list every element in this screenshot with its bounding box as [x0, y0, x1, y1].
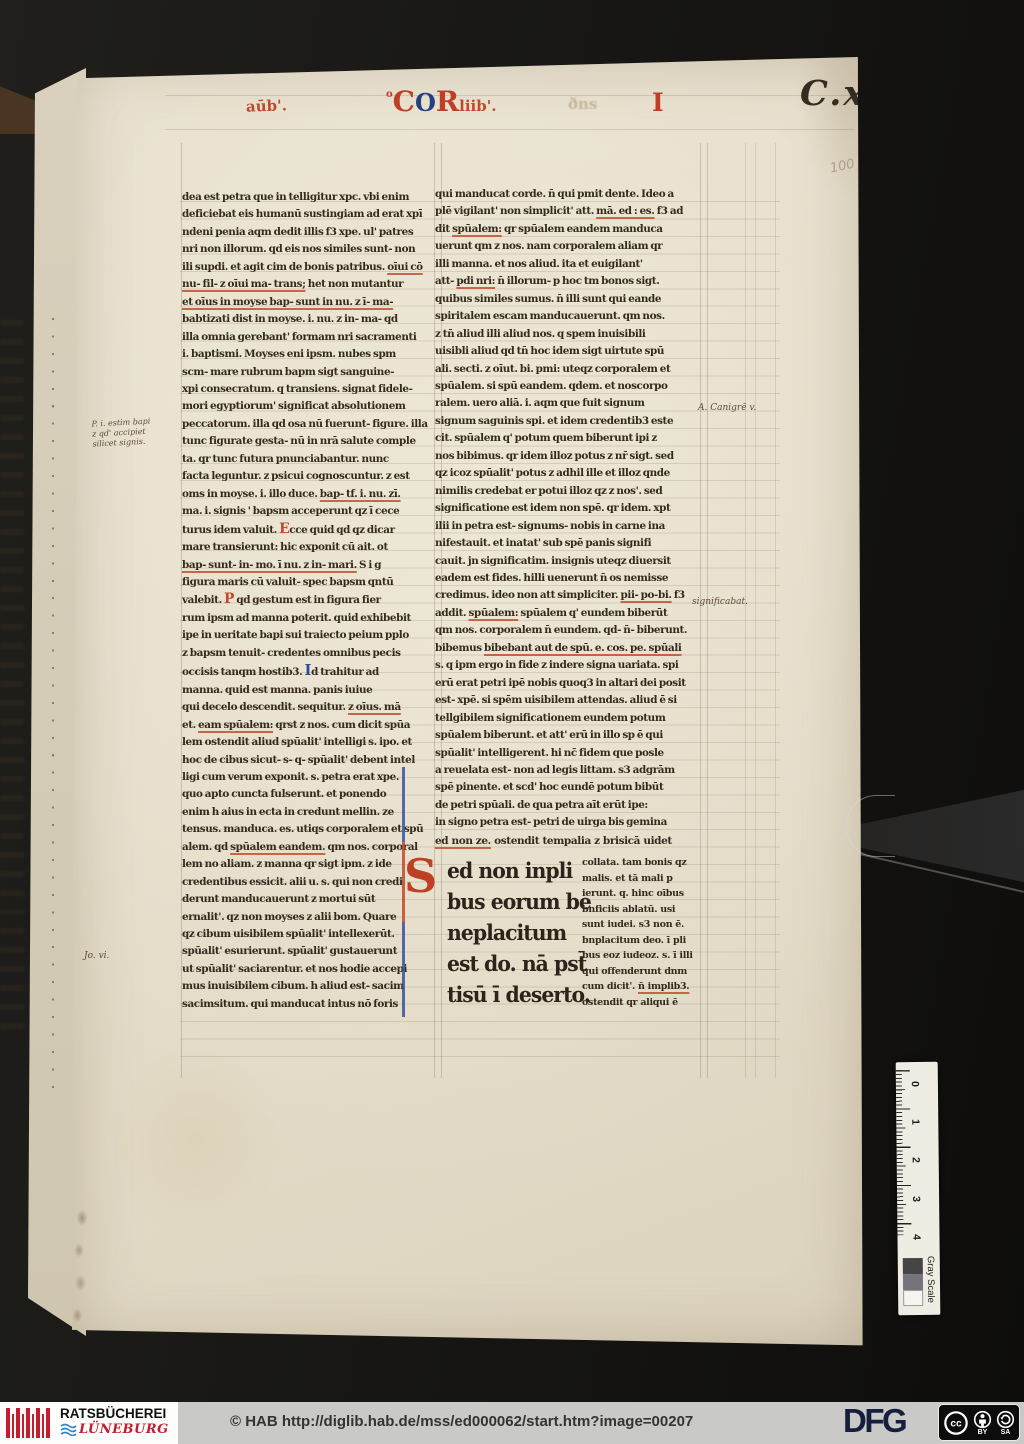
- text-segment: quo apto cuncta fulserunt. et ponendo: [182, 788, 386, 800]
- text-segment: illi manna. et nos aliud. ita et euigila…: [435, 258, 643, 270]
- text-line: ed non ze. ostendit tempalia z brisicā u…: [435, 835, 705, 847]
- text-line: qui offenderunt dnm: [582, 964, 742, 980]
- text-line: spūalit' esurierunt. spūalit' gustauerun…: [182, 943, 433, 960]
- vertical-ruling-line: [745, 143, 746, 1078]
- text-line: ili supdi. et agit cim de bonis patribus…: [182, 259, 433, 276]
- text-line: att- pdi nri: n̄ illorum- p hoc tm bonos…: [435, 273, 702, 290]
- lemma-side-commentary: collata. tam bonis qzmalis. et tā mali p…: [582, 855, 742, 1010]
- text-segment: mori egyptiorum' significat absolutionem: [182, 400, 406, 412]
- running-title-center: oCORliib'.: [386, 85, 497, 118]
- text-segment: facta leguntur. z psicui cognoscuntur. z…: [182, 470, 410, 482]
- text-line: collata. tam bonis qz: [582, 855, 742, 871]
- text-line: cauit. jn significatim. insignis uteqz d…: [435, 553, 702, 570]
- text-line: signum saguinis spi. et idem credentib3 …: [435, 413, 702, 430]
- lemma-display-text: ed non inplibus eorum beneplacitumest do…: [447, 855, 579, 1010]
- text-line: bibemus bibebant aut de spū. e. cos. pe.…: [435, 640, 702, 657]
- text-line: nri non illorum. qd eis nos similes sunt…: [182, 241, 433, 258]
- text-line: nifestauit. et inatat' sub spē panis sig…: [435, 535, 702, 552]
- text-line: nos bibimus. qr idem illoz potus z nr̄ s…: [435, 448, 702, 465]
- text-segment: spiritalem escam manducauerunt. qm nos.: [435, 310, 665, 322]
- text-line: illa omnia gerebant' formam nri sacramen…: [182, 329, 433, 346]
- text-line: credimus. ideo non att simpliciter. pii-…: [435, 587, 702, 604]
- text-line: occisis tanqm hostib3. Id trahitur ad: [182, 662, 433, 681]
- text-segment: a reuelata est- non ad legis littam. s3 …: [435, 764, 675, 776]
- text-segment: ut spūalit' saciarentur. et nos hodie ac…: [182, 963, 407, 975]
- text-segment: manna. quid est manna. panis iuiue: [182, 684, 372, 696]
- text-line: tellgibilem significationem eundem potum: [435, 710, 702, 727]
- title-premark: o: [386, 89, 393, 100]
- text-segment: neplacitum: [447, 920, 566, 945]
- decorated-initial-s: S: [404, 853, 437, 899]
- text-line: ed non inpli: [447, 855, 575, 886]
- text-segment: het non mutantur: [306, 278, 404, 290]
- text-line: babtizati dist in moyse. i. nu. z in- ma…: [182, 311, 433, 328]
- text-line: nimilis credebat er potui illoz qz z nos…: [435, 483, 702, 500]
- text-segment: ostendit qr aliqui ē: [582, 997, 678, 1008]
- text-segment: 4: [910, 1234, 922, 1240]
- text-segment: qrst z nos. cum dicit spūa: [273, 719, 410, 731]
- text-line: ierunt. q. hinc oībus: [582, 886, 742, 902]
- text-line: cit. spūalem q' potum quem biberunt ipi …: [435, 430, 702, 447]
- text-segment: signum saguinis spi. et idem credentib3 …: [435, 415, 673, 427]
- text-segment: significatione est idem non spē. qr idem…: [435, 502, 670, 514]
- text-line: peccatorum. illa qd osa nū fuerunt- figu…: [182, 416, 433, 433]
- text-line: neplacitum: [447, 917, 575, 948]
- chapter-mark: C.x.: [800, 73, 880, 114]
- text-segment: babtizati dist in moyse. i. nu. z in- ma…: [182, 313, 398, 325]
- text-segment: 2: [910, 1157, 922, 1163]
- text-segment: qui offenderunt dnm: [582, 966, 687, 977]
- text-line: R: [436, 96, 459, 115]
- text-segment: S i g: [357, 559, 381, 571]
- text-segment: ilii in petra est- signums- nobis in car…: [435, 520, 665, 532]
- text-line: bus eoz iudeoz. s. ī illi: [582, 948, 742, 964]
- text-line: est do. nā pst̄: [447, 948, 575, 979]
- text-segment: lem no aliam. z manna qr sigt ipm. z ide: [182, 858, 392, 870]
- dfg-logo: DFG: [843, 1402, 905, 1440]
- text-segment: qui decelo descendit. sequitur.: [182, 701, 348, 713]
- text-segment: malis. et tā mali p: [582, 873, 673, 884]
- text-segment: i. baptismi. Moyses eni ipsm. nubes spm: [182, 348, 396, 360]
- text-segment: peccatorum. illa qd osa nū fuerunt- figu…: [182, 418, 428, 430]
- text-line: et. eam spūalem: qrst z nos. cum dicit s…: [182, 717, 433, 734]
- text-line: bap- sunt- in- mo. ī nu. z in- mari. S i…: [182, 557, 433, 574]
- text-line: tensus. manduca. es. utiqs corporalem et…: [182, 821, 433, 838]
- text-segment: P: [224, 591, 234, 607]
- text-segment: 0: [909, 1081, 921, 1087]
- library-name: RATSBÜCHEREI: [60, 1406, 166, 1421]
- text-segment: spūalit' esurierunt. spūalit' gustauerun…: [182, 945, 397, 957]
- vertical-ruling-line: [755, 143, 756, 1078]
- text-segment: tisū ī deserto.: [447, 982, 590, 1007]
- cc-by-label: BY: [978, 1429, 988, 1436]
- text-segment: ipe in ueritate bapi sui traiecto peium …: [182, 629, 409, 641]
- text-segment: qd gestum est in figura fier: [234, 594, 381, 606]
- text-segment: mus inuisibilem cibum. h aliud est- saci…: [182, 980, 404, 992]
- text-segment: ed non ze.: [435, 835, 491, 847]
- text-line: erū erat petri ipē nobis quoq3 in altari…: [435, 675, 702, 692]
- text-segment: n̄ implib3.: [638, 981, 689, 992]
- text-segment: C: [393, 85, 415, 118]
- text-segment: collata. tam bonis qz: [582, 857, 686, 868]
- text-segment: spūalem:: [452, 223, 502, 235]
- text-segment: scm- mare rubrum bapm sigt sanguine-: [182, 366, 394, 378]
- text-segment: bap- tf. i. nu. zī.: [320, 488, 401, 500]
- text-line: figura maris cū valuit- spec bapsm qntū: [182, 574, 433, 591]
- text-segment: ili supdi. et agit cim de bonis patribus…: [182, 261, 387, 273]
- text-line: eadem est fides. hilli uenerunt n̄ os ne…: [435, 570, 702, 587]
- text-segment: credimus. ideo non att simpliciter.: [435, 589, 621, 601]
- title-letters: COR: [393, 96, 459, 115]
- text-segment: z oīus. mā: [348, 701, 401, 713]
- text-line: alem. qd spūalem eandem. qm nos. corpora…: [182, 839, 433, 856]
- text-segment: est- xpē. si spēm uisibilem attendas. al…: [435, 694, 677, 706]
- text-segment: bus eorum be: [447, 889, 591, 914]
- text-line: i. baptismi. Moyses eni ipsm. nubes spm: [182, 346, 433, 363]
- text-segment: mā. ed : es.: [596, 205, 654, 217]
- text-line: uisibli aliud qd tn̄ hoc idem sigt uirtu…: [435, 343, 702, 360]
- text-segment: spūalem biberunt. et att' erū in illo sp…: [435, 729, 663, 741]
- text-segment: enim h aius in ecta in credunt mellin. z…: [182, 806, 394, 818]
- text-line: credentibus essicit. alii u. s. qui non …: [182, 874, 433, 891]
- text-segment: att-: [435, 275, 456, 287]
- library-city: LÜNEBURG: [79, 1422, 169, 1437]
- text-line: mori egyptiorum' significat absolutionem: [182, 398, 433, 415]
- text-segment: de petri spūali. de qua petra aīt erūt i…: [435, 799, 648, 811]
- text-segment: dit: [435, 223, 452, 235]
- text-segment: spūalit' intelligerent. hi nc̄ fidem que…: [435, 747, 664, 759]
- text-line: turus idem valuit. Ecce quid qd qz dicar: [182, 521, 433, 539]
- text-segment: nifestauit. et inatat' sub spē panis sig…: [435, 537, 651, 549]
- margin-reference-john: Jo. vi.: [84, 951, 109, 961]
- text-segment: lem ostendit aliud spūalit' intelligi s.…: [182, 736, 412, 748]
- text-line: facta leguntur. z psicui cognoscuntur. z…: [182, 468, 433, 485]
- text-line: ndeni penia aqm dedit illis f3 xpe. ul' …: [182, 224, 433, 241]
- text-line: qz icoz spūalit' potus z adhil ille et i…: [435, 465, 702, 482]
- text-segment: ma. i. signis ' bapsm acceperunt qz ī ce…: [182, 505, 399, 517]
- gray-patch-dark: [903, 1258, 923, 1274]
- text-segment: deficiebat eis humanū sustingiam ad erat…: [182, 208, 422, 220]
- text-segment: ta. qr tunc futura pnunciabantur. nunc: [182, 453, 389, 465]
- text-segment: plē vigilant' non simplicit' att.: [435, 205, 596, 217]
- text-line: a reuelata est- non ad legis littam. s3 …: [435, 762, 702, 779]
- text-line: enim h aius in ecta in credunt mellin. z…: [182, 804, 433, 821]
- text-line: spūalem. si spū eandem. qdem. et noscorp…: [435, 378, 702, 395]
- text-segment: oms in moyse. i. illo duce.: [182, 488, 320, 500]
- text-segment: f3: [672, 589, 685, 601]
- text-segment: bus eoz iudeoz. s. ī illi: [582, 950, 693, 961]
- text-line: s. q ipm ergo in fide z indere signa uar…: [435, 657, 702, 674]
- cc-icon: cc: [943, 1410, 969, 1436]
- text-line: est- xpē. si spēm uisibilem attendas. al…: [435, 692, 702, 709]
- text-segment: addit.: [435, 607, 469, 619]
- text-line: addit. spūalem: spūalem q' eundem biberū…: [435, 605, 702, 622]
- text-segment: dea est petra que in telligitur xpc. vbi…: [182, 191, 409, 203]
- text-segment: spūalem q' eundem biberūt: [518, 607, 667, 619]
- text-line: quo apto cuncta fulserunt. et ponendo: [182, 786, 433, 803]
- text-segment: occisis tanqm hostib3.: [182, 666, 305, 678]
- text-line: ipe in ueritate bapi sui traiecto peium …: [182, 627, 433, 644]
- text-line: malis. et tā mali p: [582, 871, 742, 887]
- text-segment: qui manducat corde. n̄ qui pmit dente. I…: [435, 188, 674, 200]
- text-line: 4: [910, 1234, 922, 1240]
- digitization-footer: RATSBÜCHEREI LÜNEBURG © HAB http://digli…: [0, 1402, 1024, 1444]
- text-line: rum ipsm ad manna poterit. quid exhibebi…: [182, 610, 433, 627]
- ruler-title: Gray Scale: [925, 1256, 937, 1318]
- margin-note-right-top: A. Canigrē v.: [698, 403, 756, 413]
- text-line: 2: [910, 1157, 922, 1163]
- text-line: oms in moyse. i. illo duce. bap- tf. i. …: [182, 486, 433, 503]
- text-line: ut spūalit' saciarentur. et nos hodie ac…: [182, 961, 433, 978]
- text-line: illi manna. et nos aliud. ita et euigila…: [435, 256, 702, 273]
- text-line: lem no aliam. z manna qr sigt ipm. z ide: [182, 856, 433, 873]
- text-segment: s. q ipm ergo in fide z indere signa uar…: [435, 659, 678, 671]
- cc-license-badge: cc BY SA: [938, 1404, 1020, 1441]
- library-bars-icon: [5, 1406, 55, 1440]
- text-segment: et.: [182, 719, 198, 731]
- text-segment: ndeni penia aqm dedit illis f3 xpe. ul' …: [182, 226, 413, 238]
- text-segment: oīui cō: [387, 261, 423, 273]
- text-segment: qz icoz spūalit' potus z adhil ille et i…: [435, 467, 670, 479]
- text-line: bnficiis ablatū. usi: [582, 902, 742, 918]
- text-segment: turus idem valuit.: [182, 524, 279, 536]
- text-segment: ligi cum verum exponit. s. petra erat xp…: [182, 771, 399, 783]
- text-segment: rum ipsm ad manna poterit. quid exhibebi…: [182, 612, 411, 624]
- text-segment: tensus. manduca. es. utiqs corporalem et…: [182, 823, 423, 835]
- text-line: quibus similes sumus. n̄ illi sunt qui e…: [435, 291, 702, 308]
- text-segment: illa omnia gerebant' formam nri sacramen…: [182, 331, 416, 343]
- text-segment: qr spūalem eandem manduca: [502, 223, 663, 235]
- text-line: hoc de cibus sicut- s- q- spūalit' deben…: [182, 752, 433, 769]
- text-line: dit spūalem: qr spūalem eandem manduca: [435, 221, 702, 238]
- text-segment: derunt manducauerunt z mortui sūt: [182, 893, 375, 905]
- header-ruling-line: [165, 95, 855, 96]
- page-holder-clip-hook: [846, 795, 895, 857]
- running-title-left: aūb'.: [246, 96, 288, 115]
- text-line: 1: [909, 1119, 921, 1125]
- cc-by-icon: [973, 1410, 992, 1429]
- text-segment: xpi consecratum. q transiens. signat fid…: [182, 383, 413, 395]
- text-line: qui decelo descendit. sequitur. z oīus. …: [182, 699, 433, 716]
- text-segment: cum dicit'.: [582, 981, 638, 992]
- text-segment: hoc de cibus sicut- s- q- spūalit' deben…: [182, 754, 415, 766]
- text-segment: credentibus essicit. alii u. s. qui non …: [182, 876, 403, 888]
- text-line: tisū ī deserto.: [447, 979, 575, 1010]
- text-line: bus eorum be: [447, 886, 575, 917]
- manuscript-page: aūb'. oCORliib'. ðns I C.x. 100 P. i. es…: [70, 55, 865, 1348]
- text-segment: figura maris cū valuit- spec bapsm qntū: [182, 576, 393, 588]
- text-segment: E: [279, 521, 289, 537]
- text-segment: spūalem. si spū eandem. qdem. et noscorp…: [435, 380, 667, 392]
- text-segment: pii- po-bi.: [621, 589, 672, 601]
- text-line: spūalit' intelligerent. hi nc̄ fidem que…: [435, 745, 702, 762]
- text-segment: in signo petra est- petri de uirga bis g…: [435, 816, 667, 828]
- text-segment: quibus similes sumus. n̄ illi sunt qui e…: [435, 293, 661, 305]
- text-segment: valebit.: [182, 594, 224, 606]
- text-segment: erū erat petri ipē nobis quoq3 in altari…: [435, 677, 686, 689]
- text-segment: ierunt. q. hinc oībus: [582, 888, 684, 899]
- text-segment: nimilis credebat er potui illoz qz z nos…: [435, 485, 662, 497]
- text-segment: uisibli aliud qd tn̄ hoc idem sigt uirtu…: [435, 345, 664, 357]
- text-line: et oīus in moyse bap- sunt in nu. z ī- m…: [182, 294, 433, 311]
- text-segment: cce quid qd qz dicar: [289, 524, 394, 536]
- gray-patch-mid: [903, 1274, 923, 1290]
- cc-sa-icon: [996, 1410, 1015, 1429]
- text-line: O: [415, 96, 436, 115]
- text-segment: R: [436, 85, 459, 118]
- text-segment: nri non illorum. qd eis nos similes sunt…: [182, 243, 415, 255]
- text-segment: est do. nā pst̄: [447, 951, 586, 976]
- lemma-intro-line: ed non ze. ostendit tempalia z brisicā u…: [435, 835, 705, 847]
- text-segment: nos bibimus. qr idem illoz potus z nr̄ s…: [435, 450, 674, 462]
- text-line: spē pinente. et scd' hoc eundē potum bib…: [435, 779, 702, 796]
- text-segment: bap- sunt- in- mo. ī nu. z in- mari.: [182, 559, 357, 571]
- text-segment: ed non inpli: [447, 858, 572, 883]
- header-ruling-line: [165, 129, 855, 130]
- svg-text:cc: cc: [950, 1418, 962, 1429]
- text-segment: sunt iudei. s3 non ē.: [582, 919, 684, 930]
- text-line: sacimsitum. qui manducat intus nō foris: [182, 996, 433, 1011]
- text-line: qui manducat corde. n̄ qui pmit dente. I…: [435, 186, 702, 203]
- text-column-left: dea est petra que in telligitur xpc. vbi…: [182, 189, 436, 1011]
- text-line: z tn̄ aliud illi aliud nos. q spem inuis…: [435, 326, 702, 343]
- text-line: tunc figurate gesta- nū in nrā salute co…: [182, 433, 433, 450]
- text-line: bnplacitum deo. ī pli: [582, 933, 742, 949]
- text-segment: bibemus: [435, 642, 484, 654]
- text-segment: tellgibilem significationem eundem potum: [435, 712, 665, 724]
- margin-note-left: P. i. estim bapiz qd' accipietsilicet si…: [91, 414, 192, 449]
- text-segment: spūalem eandem.: [230, 841, 325, 853]
- text-line: de petri spūali. de qua petra aīt erūt i…: [435, 797, 702, 814]
- text-line: ta. qr tunc futura pnunciabantur. nunc: [182, 451, 433, 468]
- text-segment: eadem est fides. hilli uenerunt n̄ os ne…: [435, 572, 668, 584]
- text-segment: ralem. uero aliā. i. aqm que fuit signum: [435, 397, 645, 409]
- text-line: sunt iudei. s3 non ē.: [582, 917, 742, 933]
- text-line: xpi consecratum. q transiens. signat fid…: [182, 381, 433, 398]
- text-segment: mare transierunt: hic exponit cū ait. ot: [182, 541, 388, 553]
- prick-marks: [52, 318, 54, 1088]
- text-segment: pdi nri:: [456, 275, 495, 287]
- book-numeral: I: [652, 88, 664, 117]
- text-line: ligi cum verum exponit. s. petra erat xp…: [182, 769, 433, 786]
- text-column-right: qui manducat corde. n̄ qui pmit dente. I…: [435, 186, 705, 834]
- text-line: qm nos. corporalem n̄ eundem. qd- n̄- bi…: [435, 622, 702, 639]
- text-line: qz cibum uisibilem spūalit' intellexerūt…: [182, 926, 433, 943]
- text-line: deficiebat eis humanū sustingiam ad erat…: [182, 206, 433, 223]
- cc-sa-label: SA: [1001, 1429, 1011, 1436]
- library-logo-panel: RATSBÜCHEREI LÜNEBURG: [0, 1402, 178, 1444]
- text-segment: et oīus in moyse bap- sunt in nu. z ī- m…: [182, 296, 393, 308]
- text-segment: z bapsm tenuit- credentes omnibus pecis: [182, 647, 401, 659]
- text-segment: 3: [910, 1196, 922, 1202]
- title-suffix: liib'.: [459, 97, 496, 115]
- text-segment: silicet signis.: [92, 437, 145, 449]
- text-segment: d trahitur ad: [311, 666, 379, 678]
- text-segment: 1: [909, 1119, 921, 1125]
- text-line: nu- fil- z oīui ma- trans; het non mutan…: [182, 276, 433, 293]
- text-segment: bnplacitum deo. ī pli: [582, 935, 686, 946]
- text-line: ma. i. signis ' bapsm acceperunt qz ī ce…: [182, 503, 433, 520]
- showthrough-ghost-text: ðns: [568, 95, 597, 113]
- text-line: lem ostendit aliud spūalit' intelligi s.…: [182, 734, 433, 751]
- text-line: manna. quid est manna. panis iuiue: [182, 682, 433, 699]
- text-line: C: [393, 96, 415, 115]
- text-line: significatione est idem non spē. qr idem…: [435, 500, 702, 517]
- text-segment: ali. secti. z oīut. bi. pmi: uteqz corpo…: [435, 363, 670, 375]
- text-line: ralem. uero aliā. i. aqm que fuit signum: [435, 395, 702, 412]
- text-line: scm- mare rubrum bapm sigt sanguine-: [182, 364, 433, 381]
- text-segment: nu- fil- z oīui ma- trans;: [182, 278, 306, 290]
- text-segment: spūalem:: [469, 607, 519, 619]
- text-line: valebit. P qd gestum est in figura fier: [182, 591, 433, 609]
- text-line: spiritalem escam manducauerunt. qm nos.: [435, 308, 702, 325]
- text-segment: O: [415, 88, 436, 117]
- text-segment: tunc figurate gesta- nū in nrā salute co…: [182, 435, 416, 447]
- text-segment: eam spūalem:: [198, 719, 273, 731]
- text-line: mare transierunt: hic exponit cū ait. ot: [182, 539, 433, 556]
- text-segment: cauit. jn significatim. insignis uteqz d…: [435, 555, 671, 567]
- waves-book-icon: [60, 1423, 77, 1436]
- text-line: ostendit qr aliqui ē: [582, 995, 742, 1011]
- text-segment: qz cibum uisibilem spūalit' intellexerūt…: [182, 928, 395, 940]
- copyright-url-text: © HAB http://diglib.hab.de/mss/ed000062/…: [230, 1413, 693, 1430]
- text-segment: uerunt qm z nos. nam corporalem aliam qr: [435, 240, 662, 252]
- text-line: derunt manducauerunt z mortui sūt: [182, 891, 433, 908]
- text-segment: f3 ad: [654, 205, 683, 217]
- text-line: mus inuisibilem cibum. h aliud est- saci…: [182, 978, 433, 995]
- ruler-major-ticks: [896, 1070, 912, 1235]
- text-line: 0: [909, 1081, 921, 1087]
- text-segment: bnficiis ablatū. usi: [582, 904, 675, 915]
- vertical-ruling-line: [775, 143, 776, 1078]
- text-segment: z tn̄ aliud illi aliud nos. q spem inuis…: [435, 328, 645, 340]
- text-line: plē vigilant' non simplicit' att. mā. ed…: [435, 203, 702, 220]
- text-line: ali. secti. z oīut. bi. pmi: uteqz corpo…: [435, 361, 702, 378]
- text-line: ernalit'. qz non moyses z alii bom. Quar…: [182, 909, 433, 926]
- gray-scale-ruler: 01234 Gray Scale: [896, 1062, 941, 1315]
- text-line: spūalem biberunt. et att' erū in illo sp…: [435, 727, 702, 744]
- text-segment: bibebant aut de spū. e. cos. pe. spūali: [484, 642, 681, 654]
- text-segment: ernalit'. qz non moyses z alii bom. Quar…: [182, 911, 396, 923]
- previous-page-ghost-text: [0, 320, 24, 1040]
- text-line: 3: [910, 1196, 922, 1202]
- text-segment: ostendit tempalia z brisicā uidet: [491, 835, 672, 847]
- text-line: uerunt qm z nos. nam corporalem aliam qr: [435, 238, 702, 255]
- text-line: ilii in petra est- signums- nobis in car…: [435, 518, 702, 535]
- text-segment: n̄ illorum- p hoc tm bonos sigt.: [495, 275, 659, 287]
- text-segment: sacimsitum. qui manducat intus nō foris: [182, 998, 398, 1010]
- gray-patch-white: [903, 1290, 923, 1306]
- text-segment: alem. qd: [182, 841, 230, 853]
- text-segment: cit. spūalem q' potum quem biberunt ipi …: [435, 432, 657, 444]
- text-line: dea est petra que in telligitur xpc. vbi…: [182, 189, 433, 206]
- text-line: in signo petra est- petri de uirga bis g…: [435, 814, 702, 831]
- text-line: cum dicit'. n̄ implib3.: [582, 979, 742, 995]
- text-line: z bapsm tenuit- credentes omnibus pecis: [182, 645, 433, 662]
- text-segment: spē pinente. et scd' hoc eundē potum bib…: [435, 781, 663, 793]
- text-segment: qm nos. corporalem n̄ eundem. qd- n̄- bi…: [435, 624, 687, 636]
